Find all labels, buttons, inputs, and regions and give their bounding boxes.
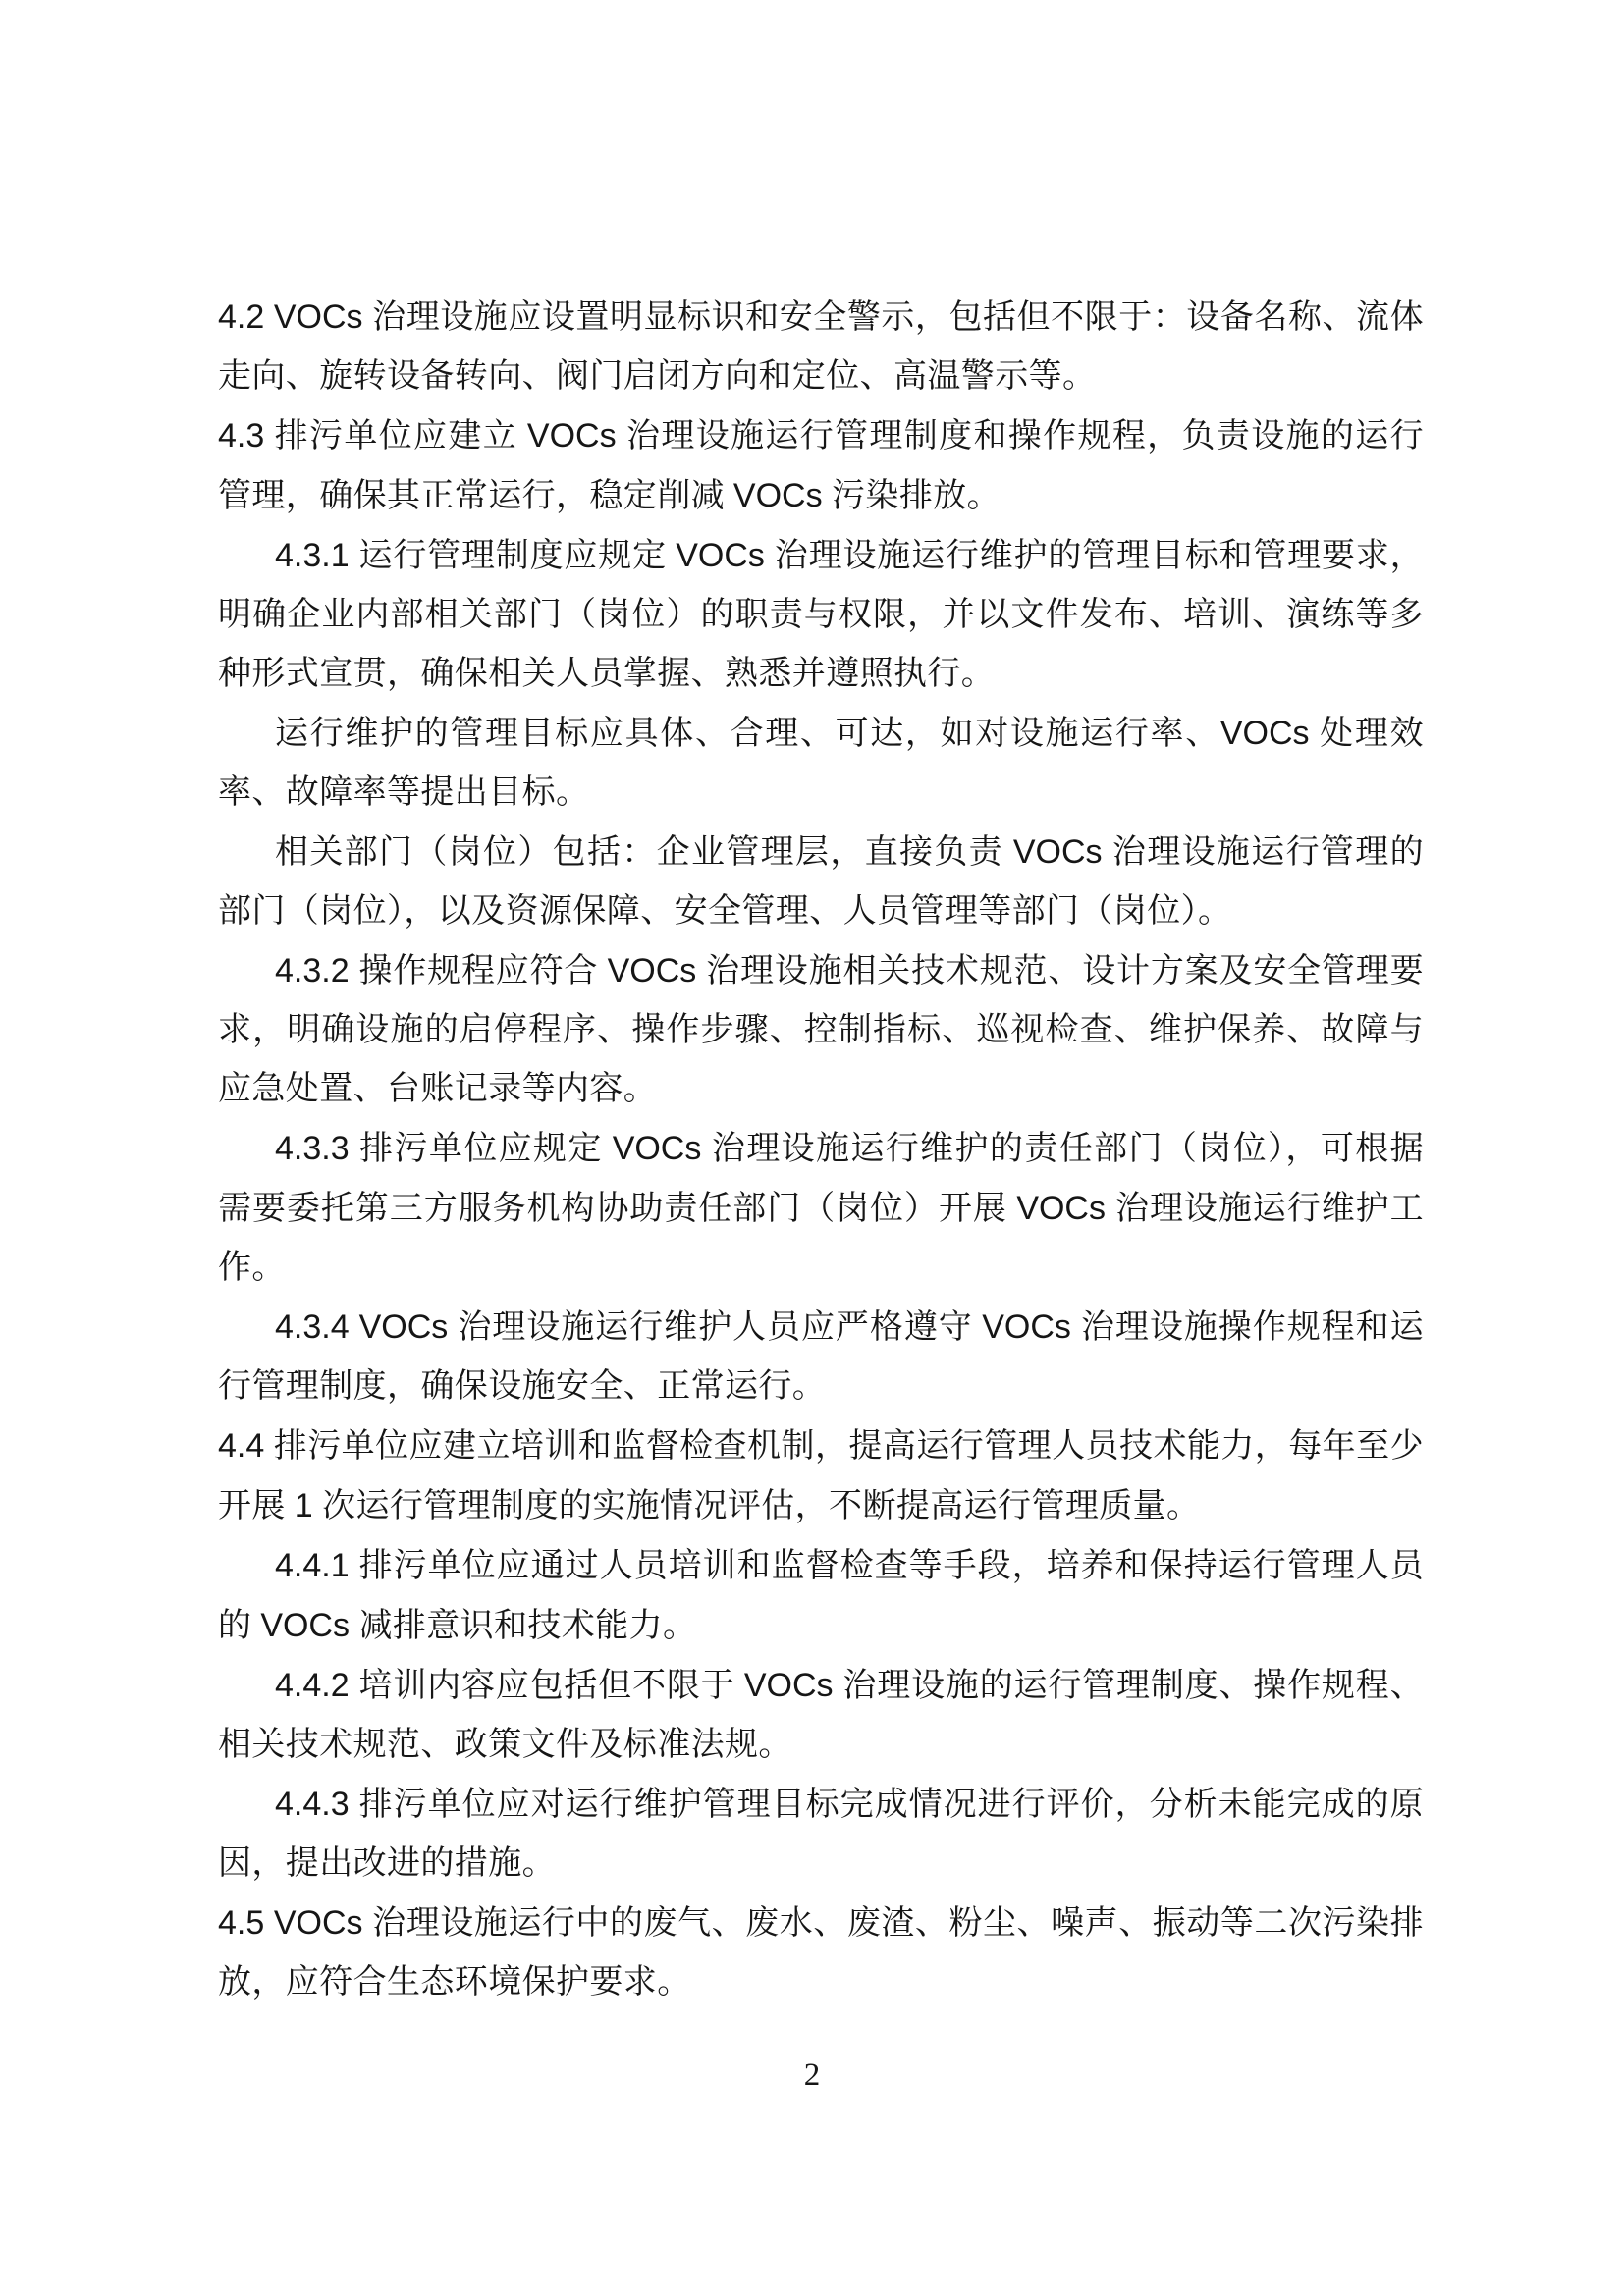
paragraph-4.5: 4.5 VOCs 治理设施运行中的废气、废水、废渣、粉尘、噪声、振动等二次污染排… <box>218 1894 1424 2012</box>
paragraph-4.3.2: 4.3.2 操作规程应符合 VOCs 治理设施相关技术规范、设计方案及安全管理要… <box>218 941 1424 1119</box>
paragraph-4.3.4: 4.3.4 VOCs 治理设施运行维护人员应严格遵守 VOCs 治理设施操作规程… <box>218 1298 1424 1416</box>
paragraph-4.3.3: 4.3.3 排污单位应规定 VOCs 治理设施运行维护的责任部门（岗位），可根据… <box>218 1119 1424 1298</box>
paragraph-4.4: 4.4 排污单位应建立培训和监督检查机制，提高运行管理人员技术能力，每年至少开展… <box>218 1416 1424 1536</box>
paragraph-4.3.1-departments: 相关部门（岗位）包括：企业管理层，直接负责 VOCs 治理设施运行管理的部门（岗… <box>218 823 1424 941</box>
paragraph-4.3: 4.3 排污单位应建立 VOCs 治理设施运行管理制度和操作规程，负责设施的运行… <box>218 406 1424 526</box>
paragraph-4.3.1: 4.3.1 运行管理制度应规定 VOCs 治理设施运行维护的管理目标和管理要求，… <box>218 526 1424 704</box>
paragraph-4.4.3: 4.4.3 排污单位应对运行维护管理目标完成情况进行评价，分析未能完成的原因，提… <box>218 1775 1424 1894</box>
paragraph-4.2: 4.2 VOCs 治理设施应设置明显标识和安全警示，包括但不限于：设备名称、流体… <box>218 288 1424 406</box>
document-page: 4.2 VOCs 治理设施应设置明显标识和安全警示，包括但不限于：设备名称、流体… <box>0 0 1624 2296</box>
paragraph-4.4.1: 4.4.1 排污单位应通过人员培训和监督检查等手段，培养和保持运行管理人员的 V… <box>218 1536 1424 1656</box>
document-body: 4.2 VOCs 治理设施应设置明显标识和安全警示，包括但不限于：设备名称、流体… <box>218 288 1424 2012</box>
page-number: 2 <box>804 2057 821 2093</box>
paragraph-4.3.1-goals: 运行维护的管理目标应具体、合理、可达，如对设施运行率、VOCs 处理效率、故障率… <box>218 704 1424 823</box>
page-footer: 2 <box>0 2057 1624 2094</box>
paragraph-4.4.2: 4.4.2 培训内容应包括但不限于 VOCs 治理设施的运行管理制度、操作规程、… <box>218 1656 1424 1775</box>
